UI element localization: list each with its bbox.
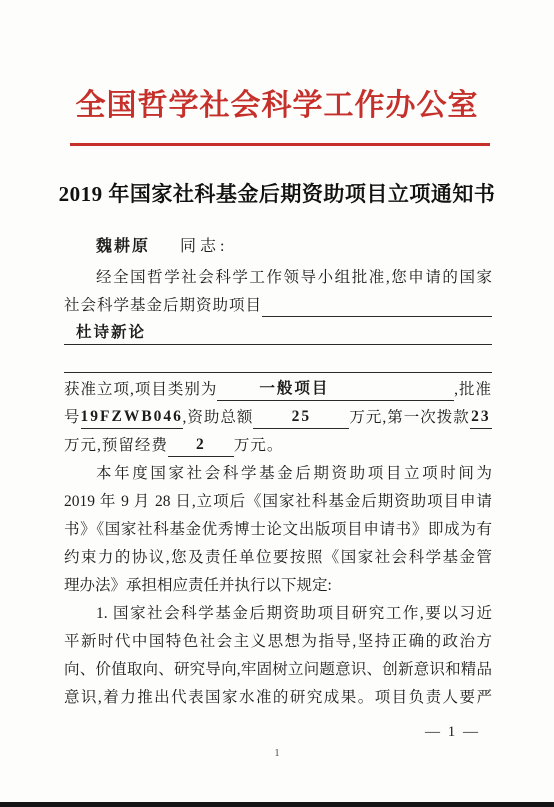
body-line: 2019 年 9 月 28 日,立项后《国家社科基金后期资助项目申请 (64, 488, 492, 516)
filled-blank-value: 23 (470, 404, 492, 429)
body-line: 获准立项,项目类别为一般项目,批准 (64, 376, 492, 404)
body-line: 1. 国家社会科学基金后期资助项目研究工作,要以习近 (64, 600, 492, 628)
text-run: 万元,第一次拨款 (349, 404, 469, 432)
body-line (64, 348, 492, 376)
body-line: 社会科学基金后期资助项目 (64, 292, 492, 320)
filled-blank-value: 25 (253, 404, 349, 429)
filled-blank-value: 杜诗新论 (64, 320, 492, 345)
text-run: 约束力的协议,您及责任单位要按照《国家社会科学基金管 (64, 549, 492, 566)
body-line: 书》《国家社科基金优秀博士论文出版项目申请书》即成为有 (64, 516, 492, 544)
text-run: 1. 国家社会科学基金后期资助项目研究工作,要以习近 (96, 605, 492, 622)
body-line: 本年度国家社会科学基金后期资助项目立项时间为 (64, 460, 492, 488)
body-line: 理办法》承担相应责任并执行以下规定: (64, 572, 492, 600)
salutation-line: 魏耕原 同志: (96, 233, 494, 256)
text-run: 平新时代中国特色社会主义思想为指导,坚持正确的政治方 (64, 633, 492, 650)
document-title: 2019 年国家社科基金后期资助项目立项通知书 (0, 178, 554, 208)
blank-underline (262, 292, 492, 317)
recipient-name: 魏耕原 (96, 233, 150, 256)
page-number-small: 1 (0, 748, 554, 759)
text-run: 万元。 (234, 432, 284, 460)
letterhead-rule (70, 143, 490, 146)
body-line: 约束力的协议,您及责任单位要按照《国家社会科学基金管 (64, 544, 492, 572)
page-number-footer: — 1 — (425, 724, 480, 741)
text-run: 2019 年 9 月 28 日,立项后《国家社科基金后期资助项目申请 (64, 493, 492, 510)
text-run: 意识,着力推出代表国家水准的研究成果。项目负责人要严 (64, 689, 492, 706)
text-run: ,资助总额 (183, 404, 254, 432)
body-line: 平新时代中国特色社会主义思想为指导,坚持正确的政治方 (64, 628, 492, 656)
scanned-notice-page: 全国哲学社会科学工作办公室 2019 年国家社科基金后期资助项目立项通知书 魏耕… (0, 0, 554, 807)
text-run: 理办法》承担相应责任并执行以下规定: (64, 577, 332, 594)
body-line: 杜诗新论 (64, 320, 492, 348)
body-line: 向、价值取向、研究导向,牢固树立问题意识、创新意识和精品 (64, 656, 492, 684)
letterhead-org-name: 全国哲学社会科学工作办公室 (0, 80, 554, 124)
filled-blank-value: 一般项目 (217, 376, 454, 401)
body-line: 号19FZWB046,资助总额25万元,第一次拨款23 (64, 404, 492, 432)
text-run: 向、价值取向、研究导向,牢固树立问题意识、创新意识和精品 (64, 661, 492, 678)
text-run: ,批准 (454, 376, 492, 404)
blank-underline (64, 348, 492, 373)
body-lines: 经全国哲学社会科学工作领导小组批准,您申请的国家社会科学基金后期资助项目杜诗新论… (64, 264, 492, 712)
salutation-suffix: 同志: (180, 233, 228, 256)
body-line: 万元,预留经费2万元。 (64, 432, 492, 460)
text-run: 获准立项,项目类别为 (64, 376, 217, 404)
text-run: 社会科学基金后期资助项目 (64, 292, 262, 320)
filled-blank-value: 2 (168, 432, 234, 457)
scan-edge-artifact (0, 802, 554, 807)
text-run: 书》《国家社科基金优秀博士论文出版项目申请书》即成为有 (64, 521, 492, 538)
text-run: 经全国哲学社会科学工作领导小组批准,您申请的国家 (96, 269, 492, 286)
text-run: 本年度国家社会科学基金后期资助项目立项时间为 (96, 465, 492, 482)
text-run: 号 (64, 404, 81, 432)
text-run: 万元,预留经费 (64, 432, 168, 460)
filled-blank-value: 19FZWB046 (81, 404, 183, 429)
body-line: 经全国哲学社会科学工作领导小组批准,您申请的国家 (64, 264, 492, 292)
body-line: 意识,着力推出代表国家水准的研究成果。项目负责人要严 (64, 684, 492, 712)
